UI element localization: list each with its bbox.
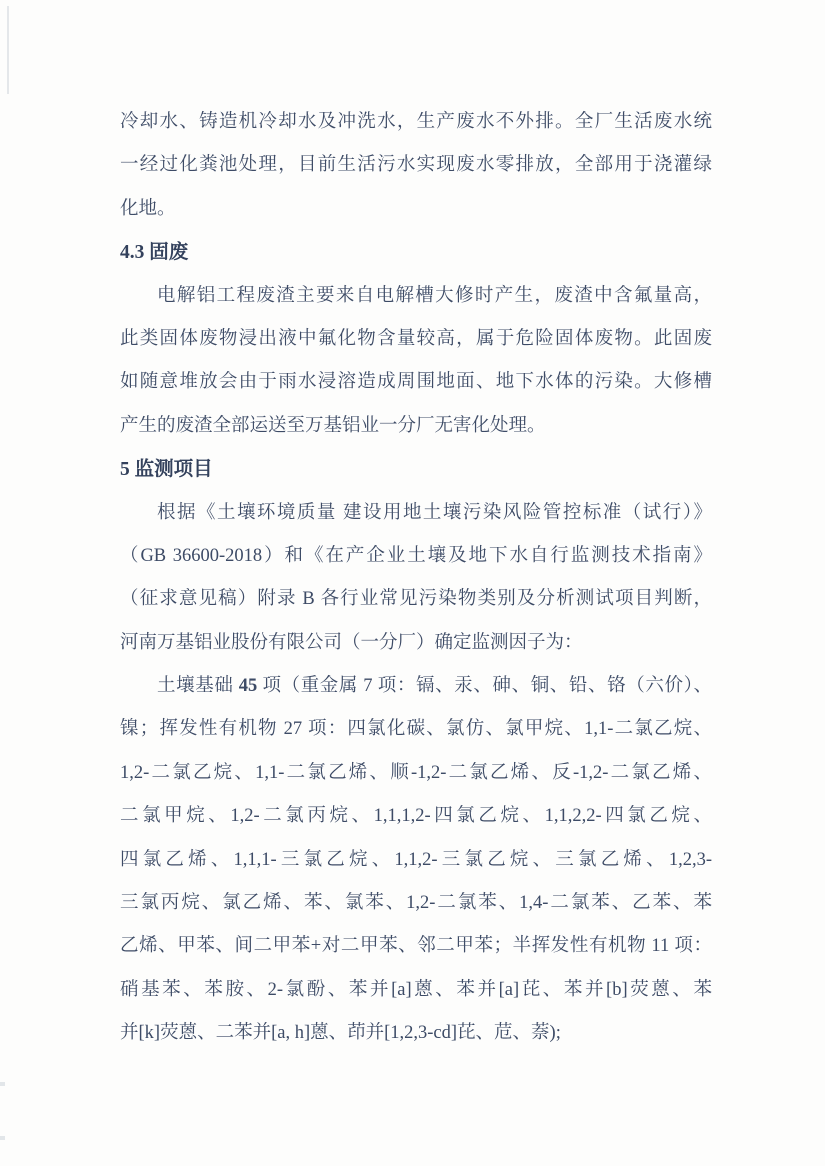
body-line: 硝基苯、苯胺、2-氯酚、苯并[a]蒽、苯并[a]芘、苯并[b]荧蒽、苯 [120,969,712,1012]
body-line: 并[k]荧蒽、二苯并[a, h]蒽、茚并[1,2,3-cd]芘、苊、萘); [120,1012,712,1055]
body-line: 此类固体废物浸出液中氟化物含量较高，属于危险固体废物。此固废 [120,318,712,361]
body-line: （GB 36600-2018）和《在产企业土壤及地下水自行监测技术指南》 [120,535,712,578]
body-line: 冷却水、铸造机冷却水及冲洗水，生产废水不外排。全厂生活废水统 [120,101,712,144]
scan-artifact-mark [0,1136,5,1140]
body-line: 二氯甲烷、1,2-二氯丙烷、1,1,1,2-四氯乙烷、1,1,2,2-四氯乙烷、 [120,795,712,838]
scan-artifact-mark [0,1082,5,1086]
body-line: 产生的废渣全部运送至万基铝业一分厂无害化处理。 [120,405,712,448]
body-line: 四氯乙烯、1,1,1-三氯乙烷、1,1,2-三氯乙烷、三氯乙烯、1,2,3- [120,839,712,882]
scan-artifact-line [7,6,9,94]
soil-basic-items-lead: 土壤基础 [157,676,239,696]
soil-basic-items-count: 45 [239,676,258,696]
document-text-block: 冷却水、铸造机冷却水及冲洗水，生产废水不外排。全厂生活废水统 一经过化粪池处理，… [120,101,712,1056]
body-line-soil-basic-items: 土壤基础 45 项（重金属 7 项：镉、汞、砷、铜、铅、铬（六价）、 [120,665,712,708]
body-line: （征求意见稿）附录 B 各行业常见污染物类别及分析测试项目判断， [120,578,712,621]
body-line: 1,2-二氯乙烷、1,1-二氯乙烯、顺-1,2-二氯乙烯、反-1,2-二氯乙烯、 [120,752,712,795]
body-line: 如随意堆放会由于雨水浸溶造成周围地面、地下水体的污染。大修槽 [120,361,712,404]
soil-basic-items-rest: 项（重金属 7 项：镉、汞、砷、铜、铅、铬（六价）、 [257,676,712,696]
heading-5-monitoring-items: 5 监测项目 [120,448,712,491]
scanned-document-page: 冷却水、铸造机冷却水及冲洗水，生产废水不外排。全厂生活废水统 一经过化粪池处理，… [0,0,825,1166]
body-line: 化地。 [120,188,712,231]
body-line: 河南万基铝业股份有限公司（一分厂）确定监测因子为： [120,622,712,665]
body-line: 电解铝工程废渣主要来自电解槽大修时产生，废渣中含氟量高， [120,275,712,318]
body-line: 根据《土壤环境质量 建设用地土壤污染风险管控标准（试行）》 [120,492,712,535]
heading-4-3-solid-waste: 4.3 固废 [120,231,712,274]
body-line: 镍；挥发性有机物 27 项：四氯化碳、氯仿、氯甲烷、1,1-二氯乙烷、 [120,708,712,751]
body-line: 乙烯、甲苯、间二甲苯+对二甲苯、邻二甲苯；半挥发性有机物 11 项： [120,925,712,968]
body-line: 一经过化粪池处理，目前生活污水实现废水零排放，全部用于浇灌绿 [120,144,712,187]
body-line: 三氯丙烷、氯乙烯、苯、氯苯、1,2-二氯苯、1,4-二氯苯、乙苯、苯 [120,882,712,925]
